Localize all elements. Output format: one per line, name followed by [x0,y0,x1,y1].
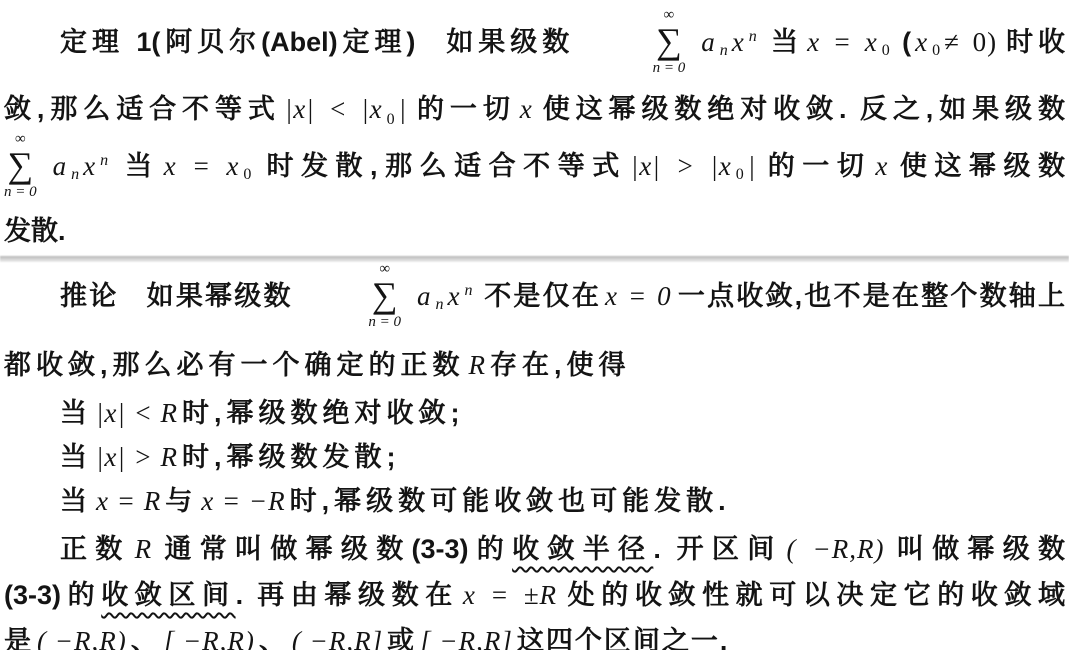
text-run: 存在,使得 [490,350,631,380]
interval-1: ( −R,R) [33,626,131,650]
sigma-symbol: ∑ [600,23,682,59]
interval-3: ( −R,R] [288,626,387,650]
superscript-n: n [749,28,757,45]
interval-4: [ −R,R] [416,626,517,650]
math-expression: |x| > R [92,442,182,472]
radius-definition-line: 正数R通常叫做幂级数(3-3)的收敛半径. 开区间( −R,R)叫做幂级数 [4,532,1065,566]
case-line-endpoints: 当x = R与x = −R时,幂级数可能收敛也可能发散. [4,484,1065,518]
text-run: 的一切 [760,151,871,181]
text-run: 处的收敛性就可以决定它的收敛域 [561,580,1065,610]
subscript-0: 0 [387,111,395,128]
math-expression: x = x [803,27,882,57]
sum-lower-limit: n = 0 [312,315,401,330]
corollary-line-2: 都收敛,那么必有一个确定的正数R存在,使得 [4,348,1065,382]
text-run: . 开区间 [653,534,782,564]
text-run: 是 [4,626,33,650]
subscript-0: 0 [243,166,251,183]
series-term: anxn [47,149,110,179]
text-run: (3-3)的 [4,580,101,610]
var-x: x [871,151,892,181]
text-run: 发散. [4,216,66,246]
text-run: 一点收敛,也不是在整个数轴上 [676,281,1065,311]
superscript-n: n [100,152,108,169]
text-run: 都收敛,那么必有一个确定的正数 [4,350,465,380]
four-intervals-line: 是( −R,R)、[ −R,R)、( −R,R]或[ −R,R]这四个区间之一. [4,624,1065,650]
text-run: 时发散,那么适合不等式 [266,151,626,181]
term-convergence-radius: 收敛半径 [512,534,653,564]
series-term: anxn [695,25,758,55]
theorem-line-3: ∞∑n = 0anxn 当x = x0 时发散,那么适合不等式|x| > |x0… [4,132,1065,202]
math-expression: ≠ 0) [940,27,1001,57]
summation-symbol: ∞∑n = 0 [312,262,401,330]
sigma-symbol: ∑ [7,147,33,183]
math-expression: |x| > |x [627,151,736,181]
text-run: 如果幂级数 [144,281,292,311]
text-run: 时,幂级数发散; [182,442,401,472]
enumeration-comma: 、 [259,626,288,650]
var-R: R [465,350,491,380]
math-expression: x = ±R [459,580,561,610]
sigma-symbol: ∑ [316,277,398,313]
abs-bar: | [744,151,760,181]
corollary-label: 推论 [60,281,118,311]
paren-open: ( [902,27,911,57]
math-expression: |x| < R [92,398,182,428]
text-run: 如果级数 [441,27,574,57]
case-line-abs-greater: 当|x| > R时,幂级数发散; [4,440,1065,474]
theorem-label: 定理 1(阿贝尔(Abel)定理) [60,27,415,57]
subscript-0: 0 [736,166,744,183]
text-run: 这四个区间之一. [517,626,730,650]
var-x: x [444,281,465,311]
text-run: . 再由幂级数在 [236,580,459,610]
var-x: x [728,27,749,57]
text-run: 正数 [60,534,131,564]
text-run: 当 [771,27,803,57]
sum-lower-limit: n = 0 [4,185,37,200]
text-run: 的一切 [411,94,516,124]
abs-bar: | [395,94,411,124]
theorem-line-2: 敛,那么适合不等式|x| < |x0|的一切x使这幂级数绝对收敛. 反之,如果级… [4,92,1065,126]
math-expression: x = R [92,486,165,516]
var-x: x [516,94,537,124]
text-run: 当 [125,151,160,181]
var-x: x [79,151,100,181]
interval-definition-line: (3-3)的收敛区间. 再由幂级数在x = ±R处的收敛性就可以决定它的收敛域 [4,578,1065,612]
textbook-page: { "page": {"background": "#ffffff", "tex… [0,0,1069,650]
math-expression: x = −R [197,486,289,516]
text-run: 使这幂级数绝对收敛. 反之,如果级数 [537,94,1065,124]
scan-shadow-divider [0,256,1069,262]
text-run: 时,幂级数绝对收敛; [182,398,465,428]
case-line-abs-less: 当|x| < R时,幂级数绝对收敛; [4,396,1065,430]
theorem-line-4: 发散. [4,214,1065,248]
series-term: anxn [411,279,474,309]
math-expression: |x| < |x [281,94,387,124]
interval-2: [ −R,R) [160,626,259,650]
var-a: a [49,151,72,181]
text-run: 当 [60,486,92,516]
superscript-n: n [464,282,472,299]
var-R: R [131,534,157,564]
summation-symbol: ∞∑n = 0 [4,132,37,200]
text-run: 当 [60,398,92,428]
text-run: 或 [387,626,416,650]
corollary-line-1: 推论如果幂级数 ∞∑n = 0anxn 不是仅在x = 0一点收敛,也不是在整个… [4,262,1065,332]
text-run: 使这幂级数 [892,151,1065,181]
enumeration-comma: 、 [131,626,160,650]
subscript-n: n [720,42,728,59]
interval-open: ( −R,R) [783,534,889,564]
subscript-0: 0 [882,42,890,59]
text-run: 通常叫做幂级数(3-3)的 [156,534,512,564]
text-run: 敛,那么适合不等式 [4,94,281,124]
subscript-n: n [436,296,444,313]
sum-lower-limit: n = 0 [597,61,686,76]
subscript-n: n [71,166,79,183]
text-run: 当 [60,442,92,472]
subscript-0: 0 [932,42,940,59]
math-expression: x = 0 [601,281,676,311]
var-x0: x [911,27,932,57]
summation-symbol: ∞∑n = 0 [597,8,686,76]
text-run: 不是仅在 [484,281,601,311]
text-run: 时收 [1001,27,1065,57]
var-a: a [697,27,720,57]
var-a: a [413,281,436,311]
text-run: 时,幂级数可能收敛也可能发散. [290,486,731,516]
term-convergence-interval: 收敛区间 [101,580,235,610]
theorem-line-1: 定理 1(阿贝尔(Abel)定理)如果级数 ∞∑n = 0anxn 当x = x… [4,8,1065,78]
text-run: 叫做幂级数 [889,534,1066,564]
text-run: 与 [165,486,197,516]
math-expression: x = x [160,151,244,181]
